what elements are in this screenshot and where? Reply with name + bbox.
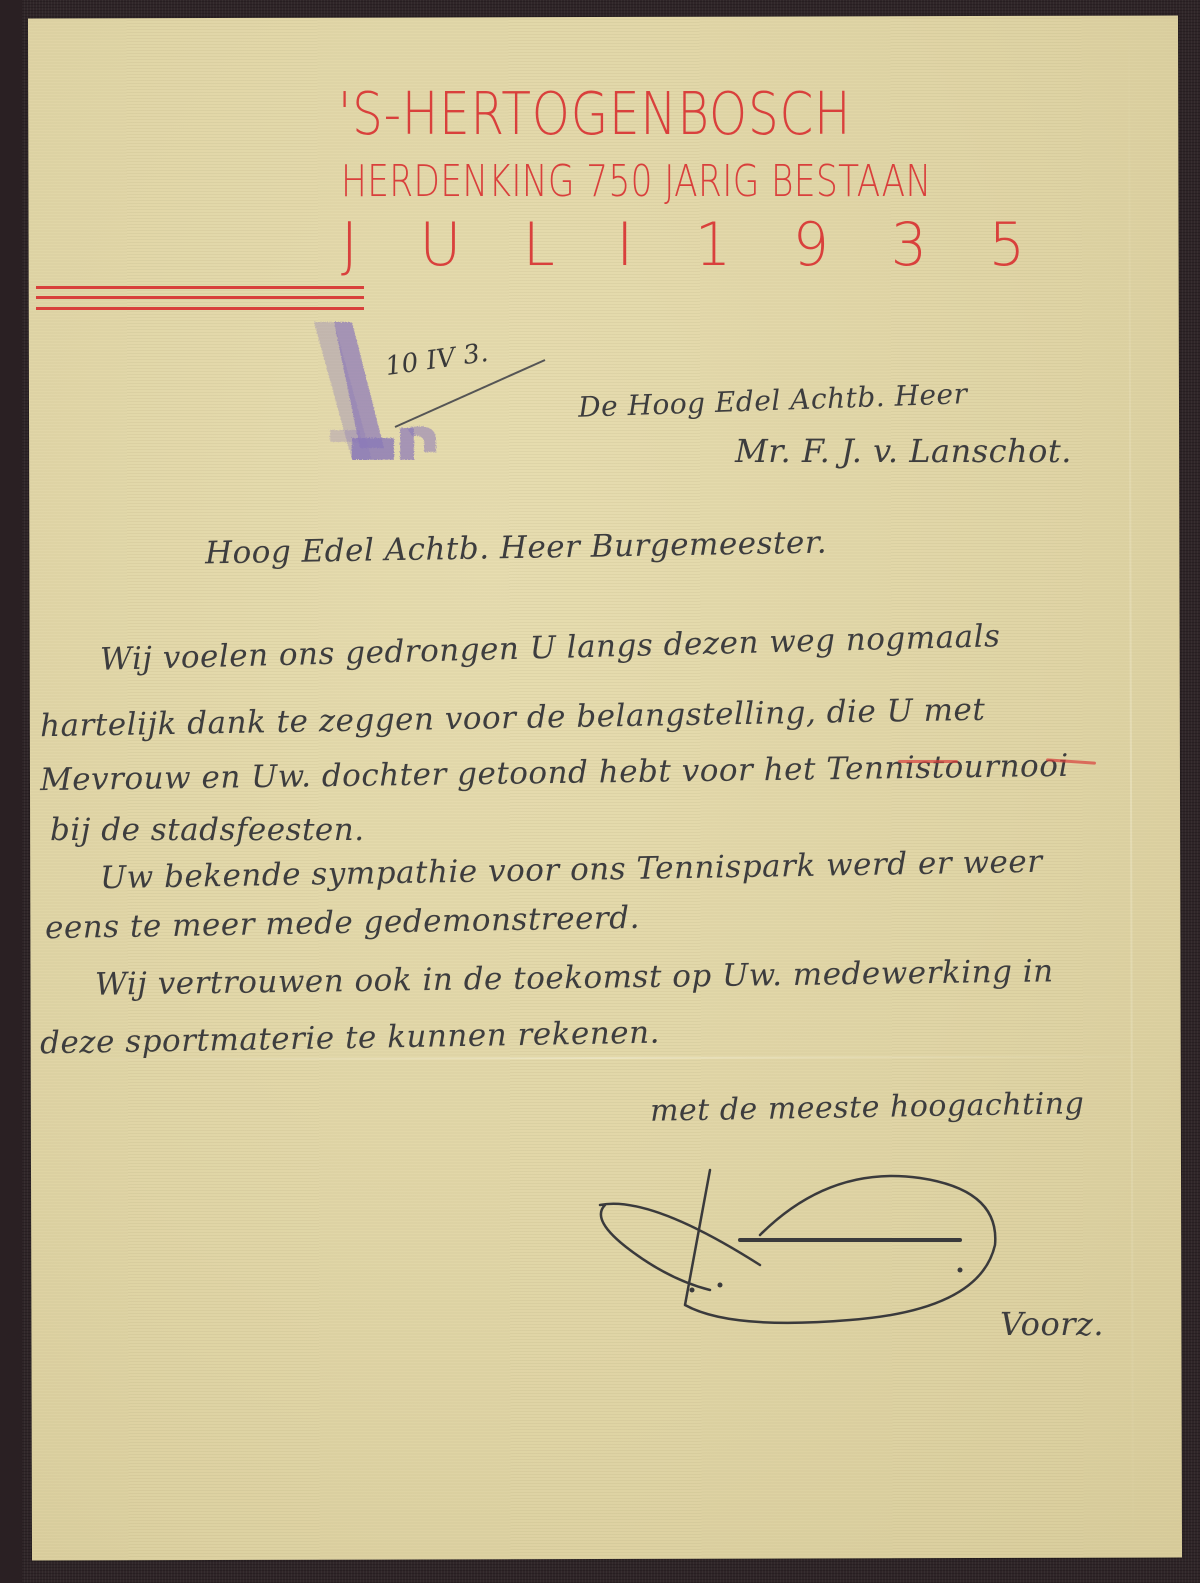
- signature-flourish-icon: [590, 1160, 1010, 1340]
- red-pencil-underline: [898, 760, 958, 763]
- letterhead-date-char: J: [341, 215, 358, 275]
- signature-title: Voorz.: [1000, 1305, 1104, 1343]
- letterhead-date-char: 5: [989, 215, 1025, 275]
- paper-fold: [1128, 16, 1134, 1558]
- letterhead-date: J U L I 1 9 3 5: [341, 215, 1025, 275]
- address-line-2: Mr. F. J. v. Lanschot.: [735, 432, 1072, 470]
- letterhead-date-char: U: [419, 215, 461, 275]
- pencil-stroke: [390, 355, 550, 435]
- letterhead-date-char: L: [523, 215, 555, 275]
- letterhead-date-char: 3: [891, 215, 927, 275]
- binding-spine: [0, 0, 22, 1583]
- letterhead-date-char: I: [616, 215, 633, 275]
- letterhead-rule: [36, 296, 364, 299]
- letterhead-date-char: 1: [695, 215, 731, 275]
- letterhead-date-char: 9: [793, 215, 829, 275]
- letterhead-rule: [36, 286, 364, 289]
- body-line: bij de stadsfeesten.: [50, 812, 365, 848]
- letterhead-city: 'S-HERTOGENBOSCH: [338, 84, 851, 143]
- letterhead-occasion: HERDENKING 750 JARIG BESTAAN: [341, 160, 932, 204]
